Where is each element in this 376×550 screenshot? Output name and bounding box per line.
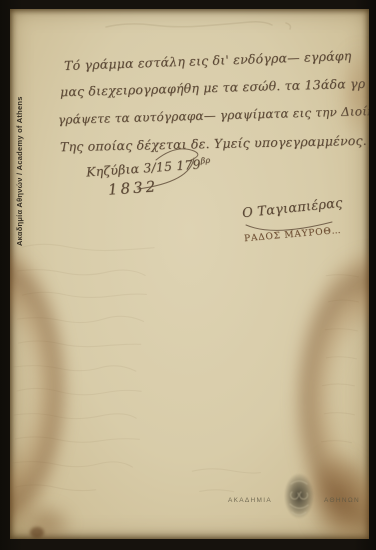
dateline-superscript: βρ (200, 156, 210, 166)
handwriting-line: γράψετε τα αυτόγραφα— γραψίματα εις την … (58, 103, 369, 127)
stamp-text-left: ΑΚΑΔΗΜΙΑ (228, 497, 272, 504)
scan-background: Ακαδημία Αθηνών / Academy of Athens Τό γ… (0, 0, 376, 550)
handwriting-line: μας διεχειρογραφήθη με τα εσώθ. τα 13άδα… (60, 76, 366, 100)
document-page: Ακαδημία Αθηνών / Academy of Athens Τό γ… (10, 9, 369, 539)
stamp-text-right: ΑΘΗΝΩΝ (324, 497, 360, 504)
owl-icon (277, 468, 321, 526)
dateline-year: 1832 (107, 177, 158, 198)
academy-stamp: ΑΚΑΔΗΜΙΑ ΑΘΗΝΩΝ (222, 464, 369, 536)
archive-watermark-label: Ακαδημία Αθηνών / Academy of Athens (12, 71, 29, 271)
handwriting-line: Της οποίας δέχεται δε. Υμείς υπογεγραμμέ… (60, 133, 367, 154)
handwritten-body: Τό γράμμα εστάλη εις δι' ενδόγρα— εγράφη… (60, 53, 369, 173)
